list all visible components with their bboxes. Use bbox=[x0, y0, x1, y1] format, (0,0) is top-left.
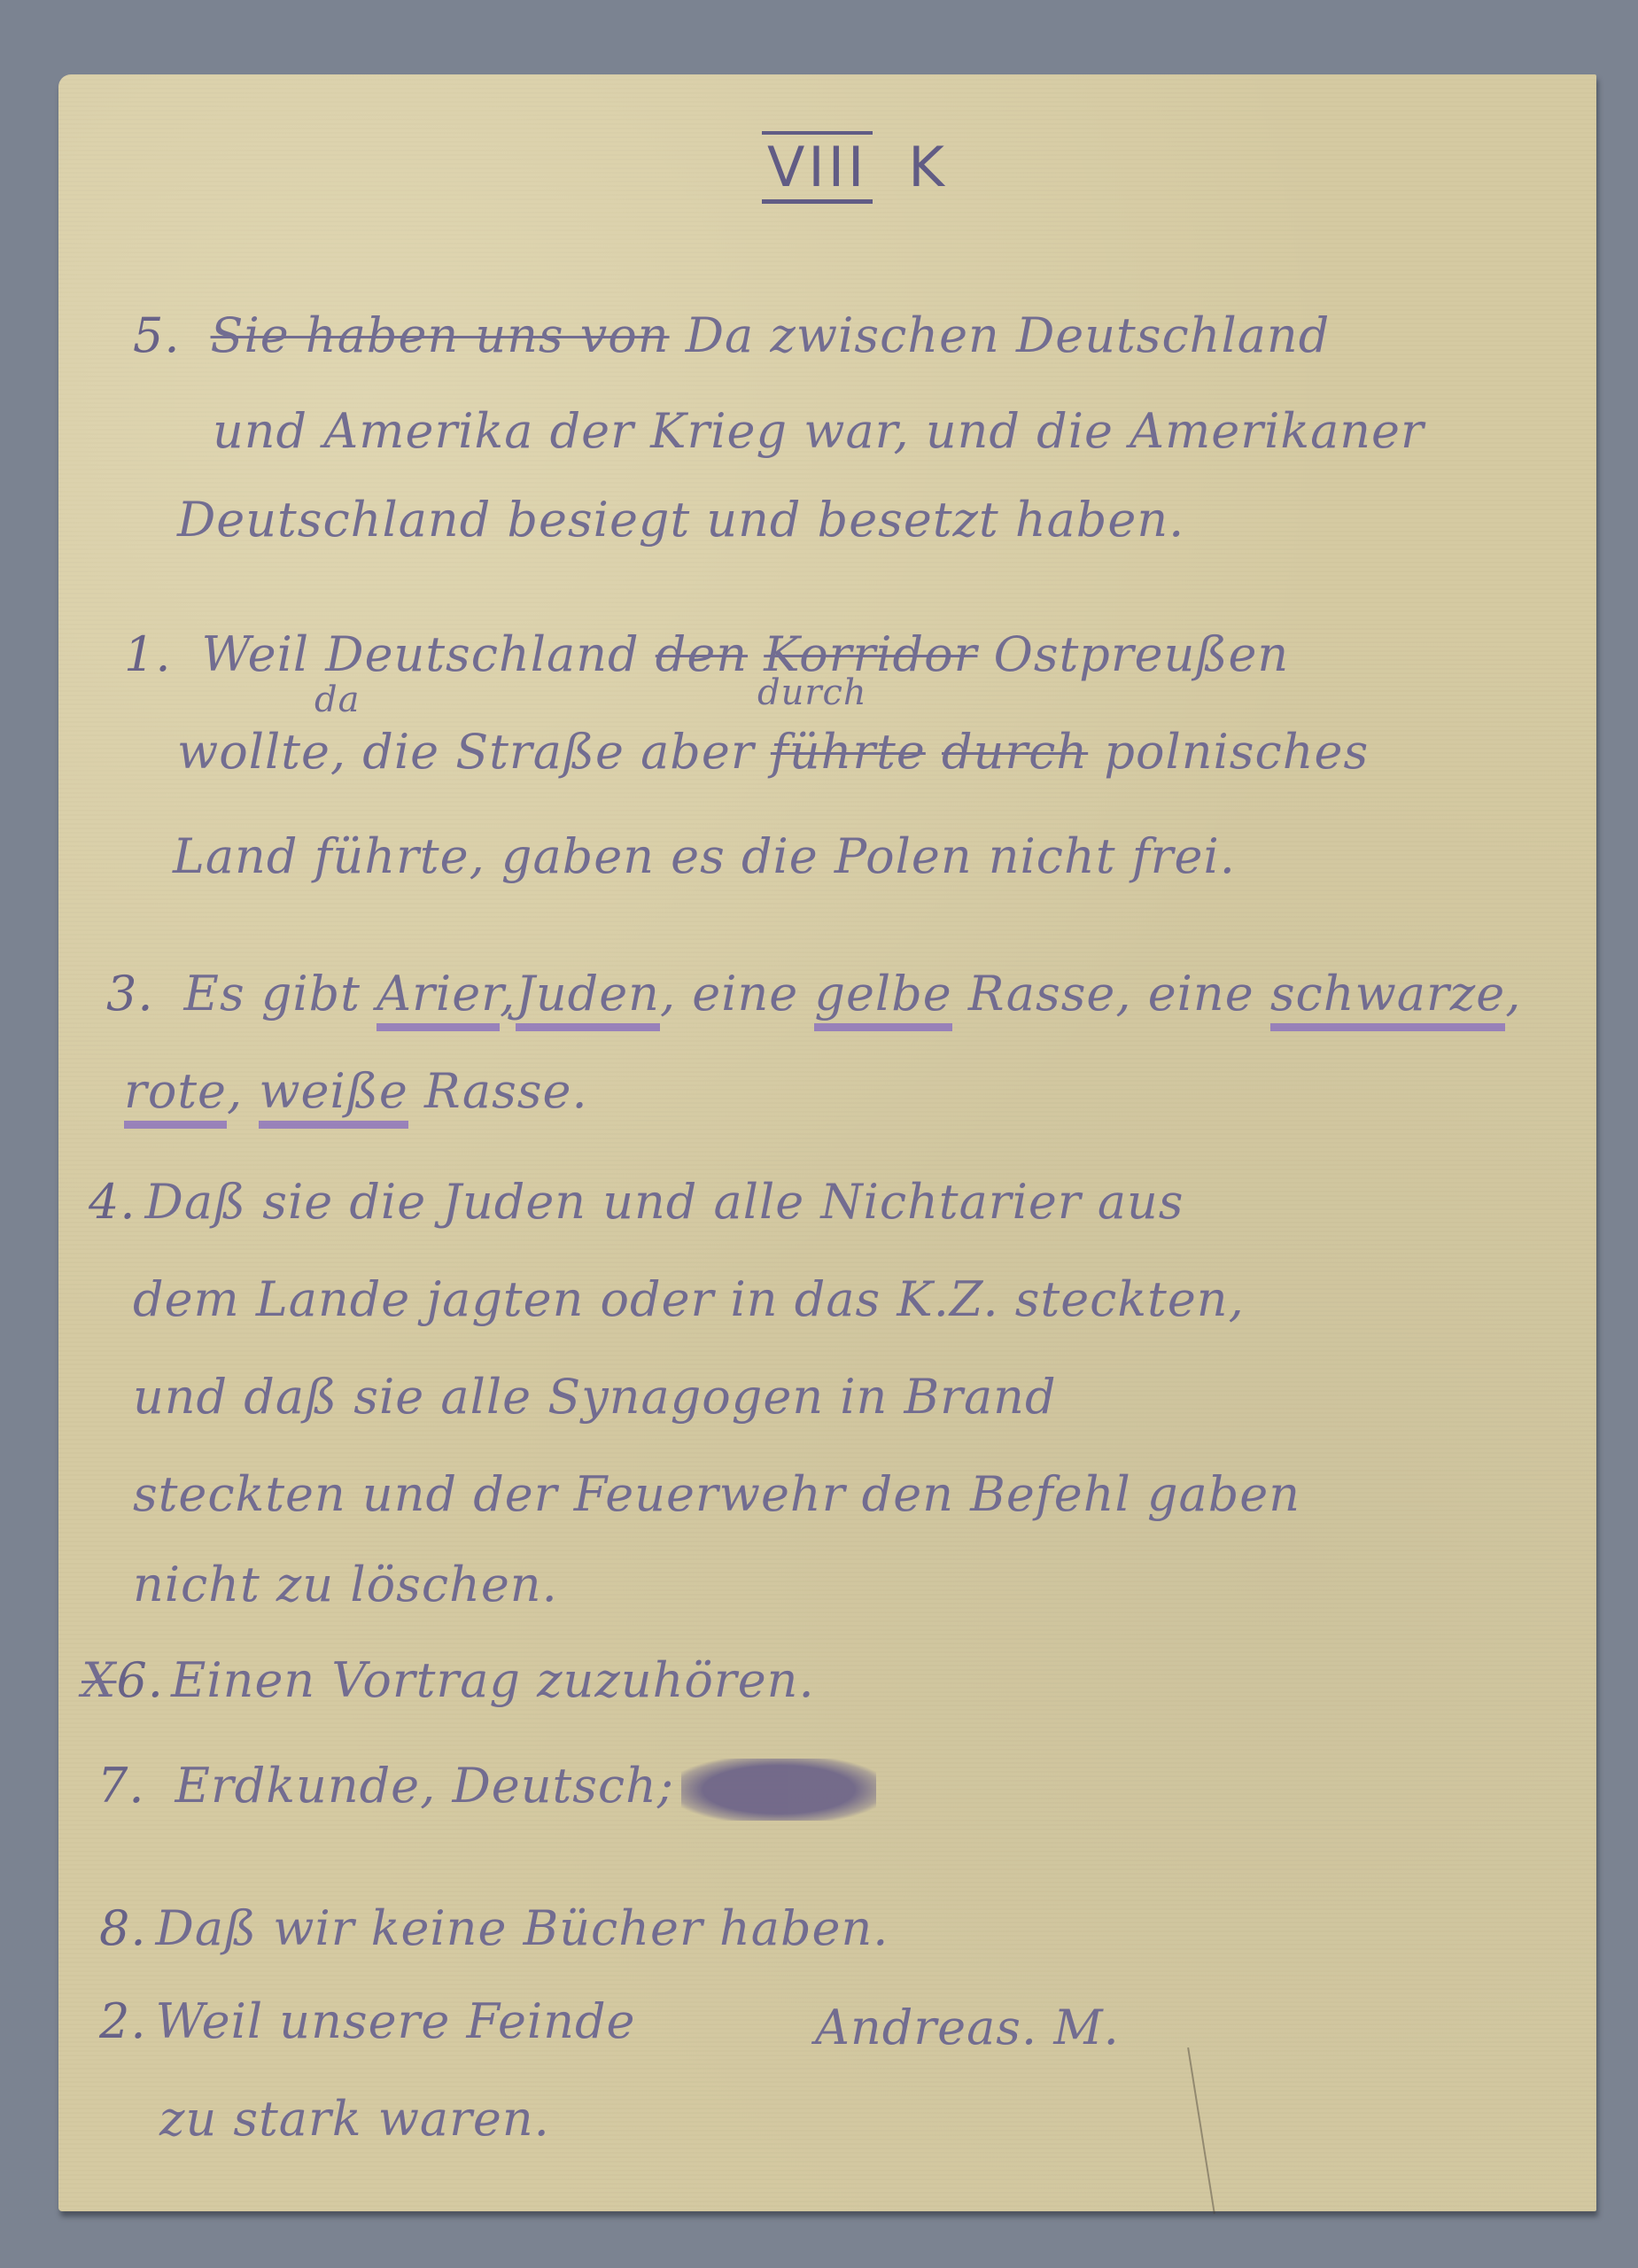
answer-number: 4. bbox=[89, 1178, 136, 1226]
answer-1-line-2: wollte, die Straße aber führte durch pol… bbox=[177, 728, 1369, 776]
answer-3-line-1: 3.Es gibt Arier,Juden, eine gelbe Rasse,… bbox=[106, 970, 1521, 1018]
struck-mark: X bbox=[82, 1652, 116, 1708]
inserted-word: da bbox=[314, 682, 360, 718]
signature: Andreas. M. bbox=[815, 2004, 1120, 2052]
answer-7: 7.Erdkunde, Deutsch; bbox=[97, 1759, 876, 1821]
answer-text: Einen Vortrag zuzuhören. bbox=[171, 1652, 815, 1708]
answer-text: Weil Deutschland bbox=[202, 626, 640, 682]
underlined-word: schwarze bbox=[1270, 966, 1505, 1031]
answer-4-line-3: und daß sie alle Synagogen in Brand bbox=[133, 1373, 1057, 1421]
answer-text: Daß sie die Juden und alle Nichtarier au… bbox=[145, 1174, 1184, 1230]
answer-number: 2. bbox=[99, 1998, 147, 2046]
answer-4-line-2: dem Lande jagten oder in das K.Z. steckt… bbox=[133, 1276, 1245, 1324]
answer-2-line-2: zu stark waren. bbox=[159, 2095, 550, 2143]
answer-text: Rasse. bbox=[424, 1063, 588, 1119]
answer-3-line-2: rote, weiße Rasse. bbox=[124, 1068, 588, 1115]
answer-text: Daß wir keine Bücher haben. bbox=[156, 1900, 889, 1956]
comma: , bbox=[227, 1063, 243, 1119]
answer-number: 8. bbox=[99, 1905, 147, 1953]
answer-text: wollte, die Straße aber bbox=[177, 724, 755, 780]
struck-text: den bbox=[656, 626, 748, 682]
answer-text: Weil unsere Feinde bbox=[156, 1993, 636, 2049]
answer-text: polnisches bbox=[1104, 724, 1369, 780]
answer-number: 6. bbox=[116, 1657, 164, 1705]
answer-2-line-1: 2.Weil unsere Feinde bbox=[99, 1998, 636, 2046]
underlined-word: Juden bbox=[516, 966, 660, 1031]
answer-number: 7. bbox=[97, 1762, 145, 1810]
answer-text: Ostpreußen bbox=[994, 626, 1290, 682]
underlined-word: gelbe bbox=[814, 966, 951, 1031]
answer-4-line-5: nicht zu löschen. bbox=[133, 1561, 558, 1609]
class-roman: VIII bbox=[762, 131, 873, 204]
answer-1-line-1: 1.Weil Deutschland den Korridor Ostpreuß… bbox=[124, 631, 1289, 679]
class-letter: K bbox=[908, 135, 948, 199]
inserted-word: durch bbox=[757, 675, 867, 711]
answer-5-line-2: und Amerika der Krieg war, und die Ameri… bbox=[213, 408, 1425, 455]
answer-5-line-1: 5.Sie haben uns von Da zwischen Deutschl… bbox=[133, 312, 1330, 360]
class-header: VIIIK bbox=[762, 135, 948, 199]
answer-4-line-1: 4.Daß sie die Juden und alle Nichtarier … bbox=[89, 1178, 1184, 1226]
answer-text: Rasse, eine bbox=[968, 966, 1254, 1021]
answer-6: X6.Einen Vortrag zuzuhören. bbox=[82, 1657, 815, 1705]
answer-number: 5. bbox=[133, 312, 181, 360]
answer-number: 3. bbox=[106, 970, 154, 1018]
answer-text: Erdkunde, Deutsch; bbox=[175, 1758, 675, 1814]
struck-text: führte bbox=[771, 724, 926, 780]
struck-text: Sie haben uns von bbox=[211, 307, 670, 363]
answer-1-line-3: Land führte, gaben es die Polen nicht fr… bbox=[173, 833, 1236, 881]
answer-text: Es gibt bbox=[184, 966, 361, 1021]
underlined-word: Arier bbox=[377, 966, 500, 1031]
paper-sheet bbox=[58, 74, 1596, 2211]
comma: , bbox=[1505, 966, 1521, 1021]
ink-blot bbox=[681, 1759, 876, 1821]
comma: , bbox=[500, 966, 516, 1021]
underlined-word: rote bbox=[124, 1063, 227, 1129]
answer-5-line-3: Deutschland besiegt und besetzt haben. bbox=[177, 496, 1184, 544]
answer-4-line-4: steckten und der Feuerwehr den Befehl ga… bbox=[133, 1471, 1300, 1518]
answer-text: Da zwischen Deutschland bbox=[686, 307, 1331, 363]
underlined-word: weiße bbox=[259, 1063, 408, 1129]
struck-text: durch bbox=[942, 724, 1088, 780]
answer-number: 1. bbox=[124, 631, 172, 679]
answer-text: , eine bbox=[660, 966, 798, 1021]
answer-8: 8.Daß wir keine Bücher haben. bbox=[99, 1905, 889, 1953]
